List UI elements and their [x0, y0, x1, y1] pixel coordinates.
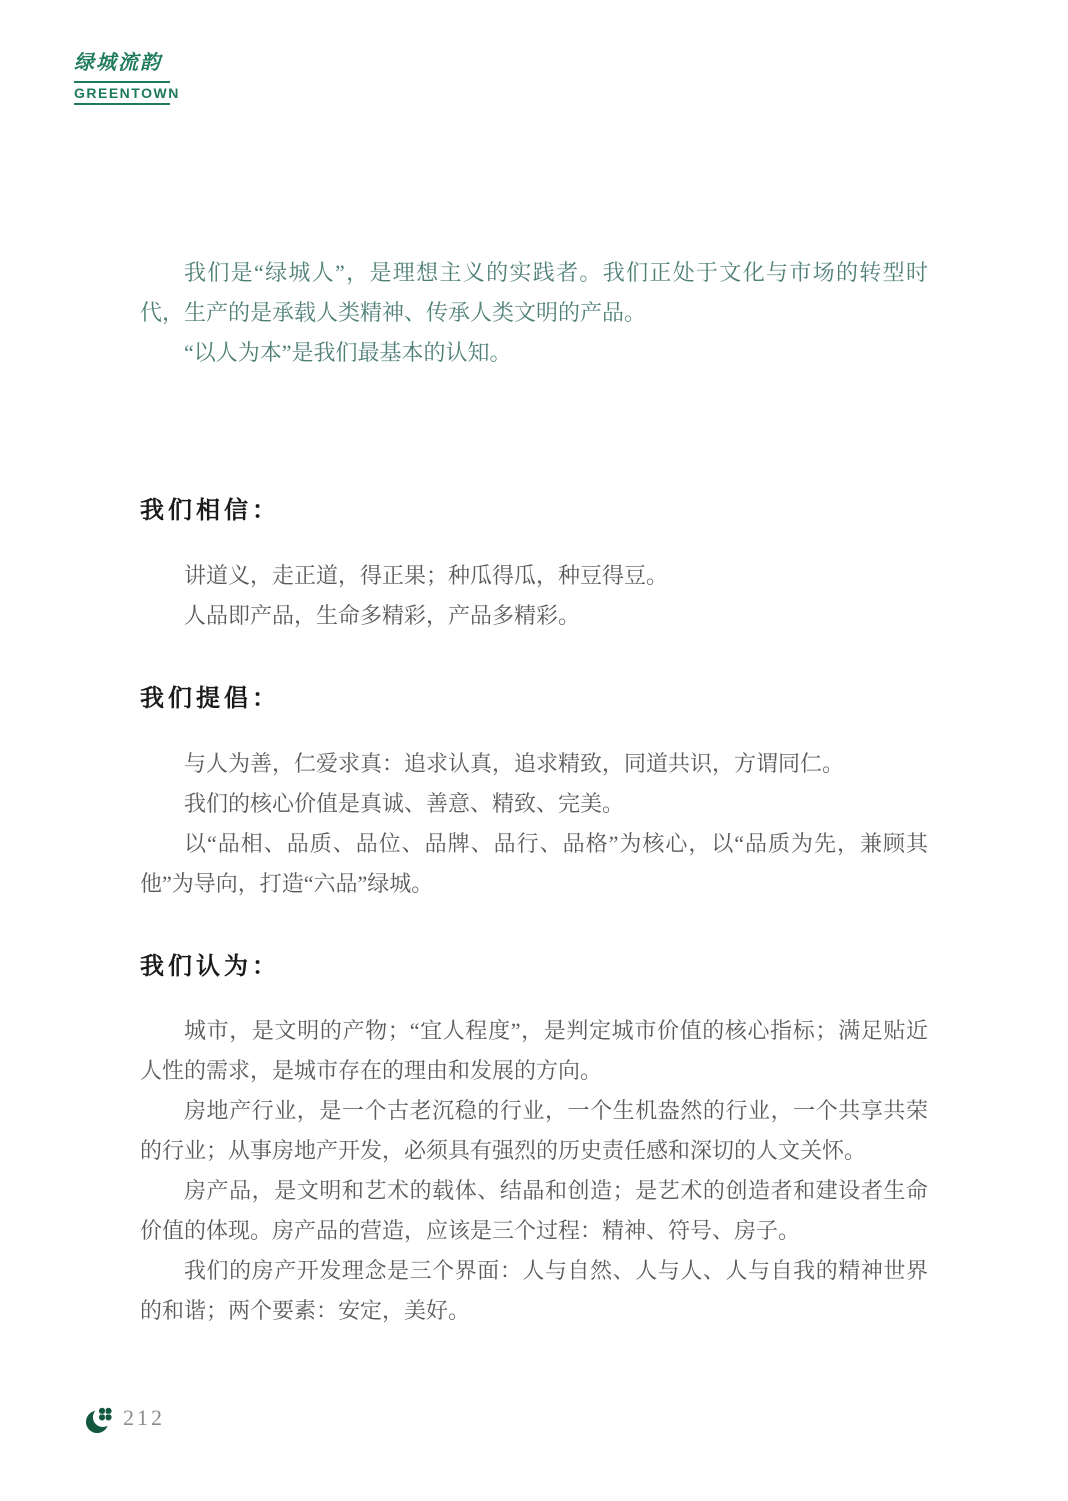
document-page: 绿城流韵 GREENTOWN 我们是“绿城人”，是理想主义的实践者。我们正处于文…: [0, 0, 1068, 1501]
section-heading-we-think: 我们认为：: [140, 953, 928, 981]
clover-petals: [99, 1407, 113, 1421]
section-body-we-believe: 讲道义，走正道，得正果；种瓜得瓜，种豆得豆。 人品即产品，生命多精彩，产品多精彩…: [140, 556, 928, 636]
greentown-crescent-clover-icon: [85, 1406, 113, 1434]
logo-bottom-rule: [74, 103, 170, 105]
intro-paragraph: “以人为本”是我们最基本的认知。: [140, 333, 928, 373]
logo-brand-text: GREENTOWN: [74, 85, 170, 101]
greentown-logo: 绿城流韵 GREENTOWN: [74, 46, 170, 105]
intro-block: 我们是“绿城人”，是理想主义的实践者。我们正处于文化与市场的转型时代，生产的是承…: [140, 253, 928, 373]
body-paragraph: 人品即产品，生命多精彩，产品多精彩。: [140, 596, 928, 636]
page-footer: 212: [85, 1402, 165, 1434]
body-paragraph: 城市，是文明的产物；“宜人程度”，是判定城市价值的核心指标；满足贴近人性的需求，…: [140, 1011, 928, 1091]
body-paragraph: 以“品相、品质、品位、品牌、品行、品格”为核心，以“品质为先，兼顾其他”为导向，…: [140, 824, 928, 904]
intro-paragraph: 我们是“绿城人”，是理想主义的实践者。我们正处于文化与市场的转型时代，生产的是承…: [140, 253, 928, 333]
logo-top-rule: [74, 81, 170, 83]
logo-calligraphy-text: 绿城流韵: [74, 46, 170, 75]
section-heading-we-advocate: 我们提倡：: [140, 685, 928, 713]
body-paragraph: 我们的核心价值是真诚、善意、精致、完美。: [140, 784, 928, 824]
section-heading-we-believe: 我们相信：: [140, 497, 928, 525]
body-paragraph: 房地产行业，是一个古老沉稳的行业，一个生机盎然的行业，一个共享共荣的行业；从事房…: [140, 1091, 928, 1171]
body-paragraph: 与人为善，仁爱求真：追求认真，追求精致，同道共识，方谓同仁。: [140, 744, 928, 784]
body-paragraph: 房产品，是文明和艺术的载体、结晶和创造；是艺术的创造者和建设者生命价值的体现。房…: [140, 1171, 928, 1251]
body-paragraph: 我们的房产开发理念是三个界面：人与自然、人与人、人与自我的精神世界的和谐；两个要…: [140, 1251, 928, 1331]
section-body-we-advocate: 与人为善，仁爱求真：追求认真，追求精致，同道共识，方谓同仁。 我们的核心价值是真…: [140, 744, 928, 904]
page-number: 212: [123, 1405, 165, 1431]
body-paragraph: 讲道义，走正道，得正果；种瓜得瓜，种豆得豆。: [140, 556, 928, 596]
section-body-we-think: 城市，是文明的产物；“宜人程度”，是判定城市价值的核心指标；满足贴近人性的需求，…: [140, 1011, 928, 1331]
